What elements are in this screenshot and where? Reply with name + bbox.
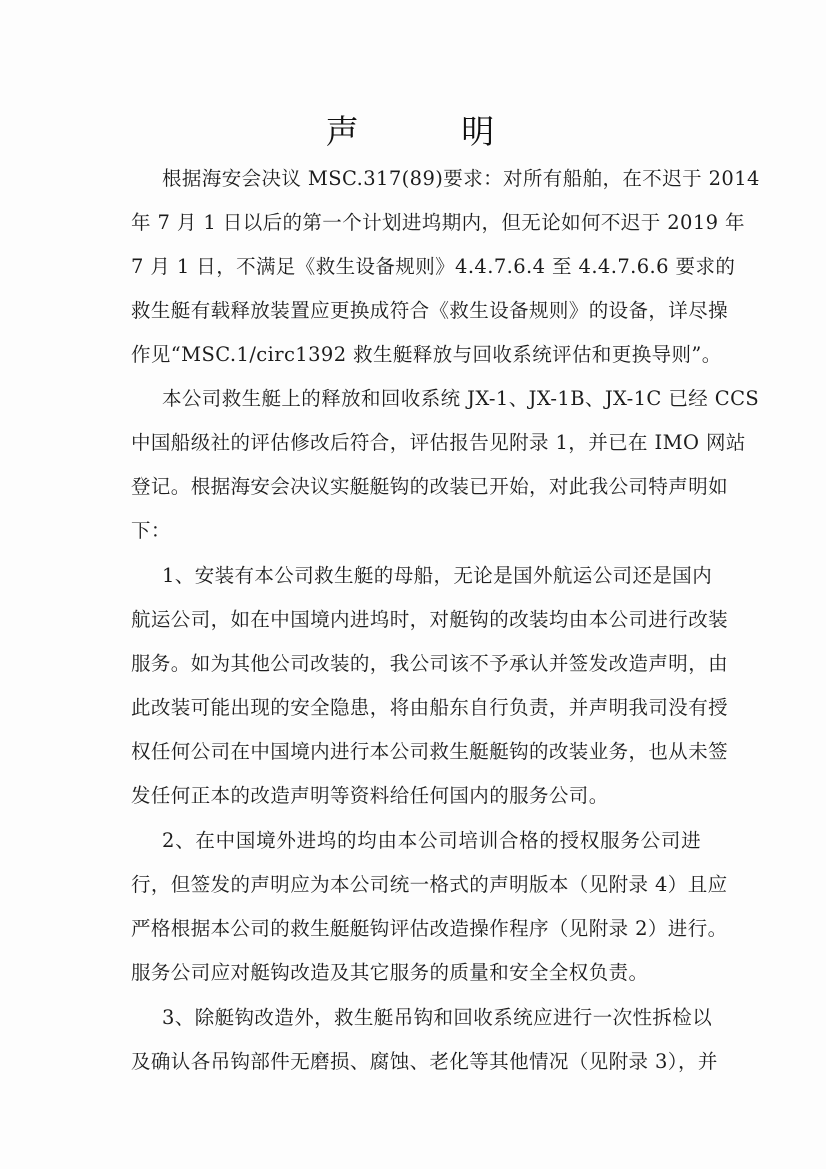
item-1-line-2: 航运公司，如在中国境内进坞时，对艇钩的改装均由本公司进行改装 <box>131 604 701 632</box>
paragraph-2-line-4: 下： <box>131 515 701 543</box>
paragraph-2-line-2: 中国船级社的评估修改后符合，评估报告见附录 1，并已在 IMO 网站 <box>131 427 701 455</box>
item-1-line-5: 权任何公司在中国境内进行本公司救生艇艇钩的改装业务，也从未签 <box>131 736 701 764</box>
item-2-line-2: 行，但签发的声明应为本公司统一格式的声明版本（见附录 4）且应 <box>131 869 701 897</box>
paragraph-2-line-3: 登记。根据海安会决议实艇艇钩的改装已开始，对此我公司特声明如 <box>131 471 701 499</box>
paragraph-1-line-3: 7 月 1 日，不满足《救生设备规则》4.4.7.6.4 至 4.4.7.6.6… <box>131 251 701 279</box>
paragraph-1-line-5: 作见“MSC.1/circ1392 救生艇释放与回收系统评估和更换导则”。 <box>131 339 701 367</box>
item-2-line-3: 严格根据本公司的救生艇艇钩评估改造操作程序（见附录 2）进行。 <box>131 913 701 941</box>
paragraph-1-line-2: 年 7 月 1 日以后的第一个计划进坞期内，但无论如何不迟于 2019 年 <box>131 207 701 235</box>
paragraph-1-line-4: 救生艇有载释放装置应更换成符合《救生设备规则》的设备，详尽操 <box>131 295 701 323</box>
item-2-line-1: 2、在中国境外进坞的均由本公司培训合格的授权服务公司进 <box>162 825 701 853</box>
item-3-line-2: 及确认各吊钩部件无磨损、腐蚀、老化等其他情况（见附录 3），并 <box>131 1046 701 1074</box>
item-1-line-3: 服务。如为其他公司改装的，我公司该不予承认并签发改造声明，由 <box>131 648 701 676</box>
item-1-line-1: 1、安装有本公司救生艇的母船，无论是国外航运公司还是国内 <box>162 560 701 588</box>
document-page: 声 明 根据海安会决议 MSC.317(89)要求：对所有船舶，在不迟于 201… <box>0 0 826 1169</box>
item-1-line-4: 此改装可能出现的安全隐患，将由船东自行负责，并声明我司没有授 <box>131 692 701 720</box>
document-title: 声 明 <box>0 106 826 153</box>
paragraph-2-line-1: 本公司救生艇上的释放和回收系统 JX-1、JX-1B、JX-1C 已经 CCS <box>162 383 701 411</box>
item-3-line-1: 3、除艇钩改造外，救生艇吊钩和回收系统应进行一次性拆检以 <box>162 1002 701 1030</box>
item-2-line-4: 服务公司应对艇钩改造及其它服务的质量和安全全权负责。 <box>131 957 701 985</box>
paragraph-1-line-1: 根据海安会决议 MSC.317(89)要求：对所有船舶，在不迟于 2014 <box>162 163 701 191</box>
item-1-line-6: 发任何正本的改造声明等资料给任何国内的服务公司。 <box>131 780 701 808</box>
